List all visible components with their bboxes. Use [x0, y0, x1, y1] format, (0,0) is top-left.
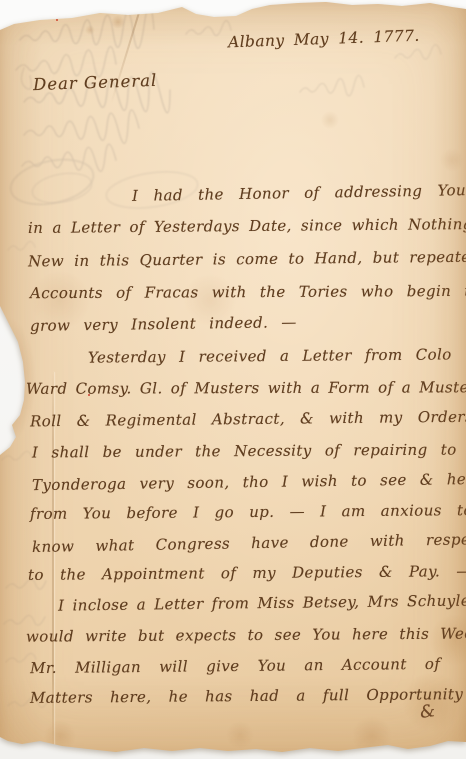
handwritten-line: I inclose a Letter from Miss Betsey, Mrs…	[58, 591, 466, 614]
handwritten-line: Yesterday I received a Letter from Colo	[88, 345, 452, 366]
handwritten-line: Mr. Milligan will give You an Account of	[30, 655, 440, 677]
paper-sheet: Albany May 14. 1777. Dear General I had …	[0, 0, 466, 759]
handwritten-line: from You before I go up. — I am anxious …	[30, 501, 466, 523]
handwritten-line: Accounts of Fracas with the Tories who b…	[30, 282, 466, 302]
red-mark	[23, 748, 27, 751]
handwriting-layer: Albany May 14. 1777. Dear General I had …	[0, 0, 466, 759]
dateline: Albany May 14. 1777.	[228, 27, 420, 52]
handwritten-line: grow very Insolent indeed. —	[30, 313, 297, 335]
letter-photograph: Albany May 14. 1777. Dear General I had …	[0, 0, 466, 759]
red-mark	[5, 436, 8, 439]
handwritten-line: Ward Comsy. Gl. of Musters with a Form o…	[26, 378, 466, 398]
handwritten-line: know what Congress have done with respec…	[32, 530, 466, 556]
handwritten-line: Roll & Regimental Abstract, & with my Or…	[30, 408, 466, 431]
salutation: Dear General	[33, 71, 158, 94]
handwritten-line: in a Letter of Yesterdays Date, since wh…	[28, 215, 466, 237]
handwritten-line: Matters here, he has had a full Opportun…	[30, 685, 463, 707]
handwritten-line: to the Appointment of my Deputies & Pay.…	[28, 562, 466, 584]
handwritten-line: Tyonderoga very soon, tho I wish to see …	[32, 470, 466, 494]
handwritten-line: would write but expects to see You here …	[26, 624, 466, 645]
handwritten-line: New in this Quarter is come to Hand, but…	[28, 248, 466, 271]
handwritten-line: I had the Honor of addressing You	[132, 181, 466, 205]
handwritten-line: I shall be under the Necessity of repair…	[32, 441, 457, 462]
catchword-mark: &	[419, 701, 437, 723]
paper-wrap: Albany May 14. 1777. Dear General I had …	[0, 0, 466, 759]
